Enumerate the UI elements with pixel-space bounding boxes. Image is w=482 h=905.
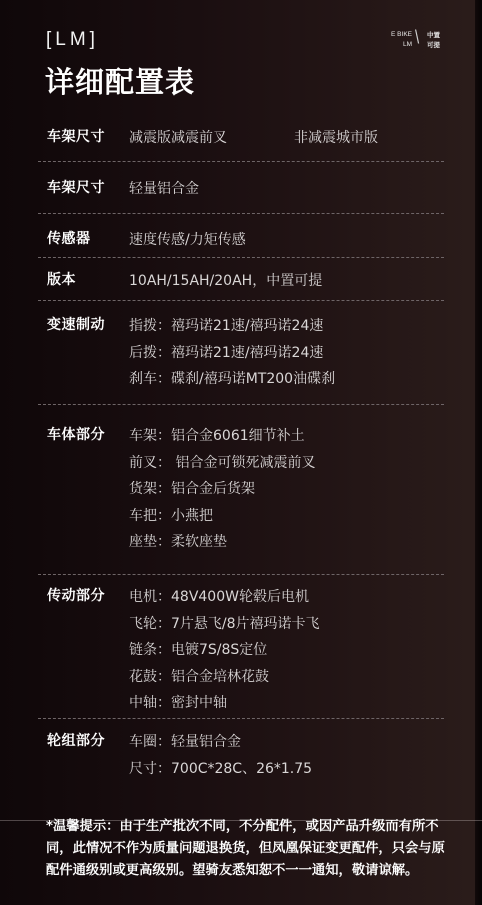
logo-text-cn-2: 可提 (427, 40, 440, 49)
spec-values: 指拨：禧玛诺21速/禧玛诺24速 后拨：禧玛诺21速/禧玛诺24速 刹车：碟刹/… (129, 313, 335, 393)
spec-value: 车圈：轻量铝合金 (129, 729, 312, 756)
spec-value: 飞轮：7片悬飞/8片禧玛诺卡飞 (129, 611, 320, 638)
spec-row-frame-type: 车架尺寸 减震版减震前叉 非减震城市版 (38, 118, 444, 162)
spec-value: 速度传感/力矩传感 (129, 227, 246, 254)
spec-values: 减震版减震前叉 非减震城市版 (129, 125, 227, 152)
spec-value-alt: 非减震城市版 (294, 125, 378, 152)
spec-label: 传动部分 (47, 585, 105, 605)
right-edge-strip (475, 0, 482, 905)
spec-value: 车架：铝合金6061细节补土 (129, 423, 315, 450)
spec-value: 车把：小燕把 (129, 503, 315, 530)
spec-label: 车架尺寸 (47, 177, 105, 197)
spec-value: 刹车：碟刹/禧玛诺MT200油碟刹 (129, 366, 335, 393)
spec-value: 减震版减震前叉 (129, 125, 227, 152)
spec-values: 车架：铝合金6061细节补土 前叉： 铝合金可锁死减震前叉 货架：铝合金后货架 … (129, 423, 315, 556)
spec-values: 电机：48V400W轮毂后电机 飞轮：7片悬飞/8片禧玛诺卡飞 链条：电镀7S/… (129, 584, 320, 717)
brand-code: [LM] (46, 29, 99, 51)
logo-text-ebike: E BIKE (391, 31, 412, 38)
spec-label: 变速制动 (47, 314, 105, 334)
spec-value: 10AH/15AH/20AH，中置可提 (129, 268, 322, 295)
spec-values: 速度传感/力矩传感 (129, 227, 246, 254)
spec-label: 传感器 (47, 228, 91, 248)
spec-row-sensor: 传感器 速度传感/力矩传感 (38, 214, 444, 258)
logo-text-lm: LM (403, 41, 412, 48)
spec-label: 轮组部分 (47, 730, 105, 750)
spec-row-version: 版本 10AH/15AH/20AH，中置可提 (38, 258, 444, 301)
spec-row-wheelset: 轮组部分 车圈：轻量铝合金 尺寸：700C*28C、26*1.75 (38, 719, 444, 799)
spec-row-shifting-braking: 变速制动 指拨：禧玛诺21速/禧玛诺24速 后拨：禧玛诺21速/禧玛诺24速 刹… (38, 301, 444, 405)
ebike-logo: E BIKE LM \ 中置 可提 (386, 30, 442, 54)
spec-value: 花鼓：铝合金培林花鼓 (129, 664, 320, 691)
spec-values: 轻量铝合金 (129, 176, 199, 203)
spec-label: 车架尺寸 (47, 126, 105, 146)
spec-value: 后拨：禧玛诺21速/禧玛诺24速 (129, 340, 335, 367)
spec-value: 指拨：禧玛诺21速/禧玛诺24速 (129, 313, 335, 340)
spec-values: 车圈：轻量铝合金 尺寸：700C*28C、26*1.75 (129, 729, 312, 782)
spec-value: 座垫：柔软座垫 (129, 529, 315, 556)
spec-value: 轻量铝合金 (129, 176, 199, 203)
spec-row-body: 车体部分 车架：铝合金6061细节补土 前叉： 铝合金可锁死减震前叉 货架：铝合… (38, 405, 444, 575)
logo-divider-icon: \ (415, 28, 419, 48)
spec-table: 车架尺寸 减震版减震前叉 非减震城市版 车架尺寸 轻量铝合金 传感器 速度传感/… (38, 118, 444, 799)
spec-values: 10AH/15AH/20AH，中置可提 (129, 268, 322, 295)
page-title: 详细配置表 (45, 60, 195, 101)
warm-tip-note: *温馨提示：由于生产批次不同，不分配件，或因产品升级而有所不同，此情况不作为质量… (46, 816, 446, 882)
spec-row-drivetrain: 传动部分 电机：48V400W轮毂后电机 飞轮：7片悬飞/8片禧玛诺卡飞 链条：… (38, 575, 444, 719)
spec-value: 中轴：密封中轴 (129, 690, 320, 717)
spec-row-frame-material: 车架尺寸 轻量铝合金 (38, 162, 444, 214)
spec-label: 版本 (47, 269, 76, 289)
spec-label: 车体部分 (47, 424, 105, 444)
spec-value: 前叉： 铝合金可锁死减震前叉 (129, 450, 315, 477)
spec-value: 链条：电镀7S/8S定位 (129, 637, 320, 664)
spec-value: 电机：48V400W轮毂后电机 (129, 584, 320, 611)
spec-value: 尺寸：700C*28C、26*1.75 (129, 756, 312, 783)
logo-text-cn-1: 中置 (427, 30, 440, 39)
spec-value: 货架：铝合金后货架 (129, 476, 315, 503)
